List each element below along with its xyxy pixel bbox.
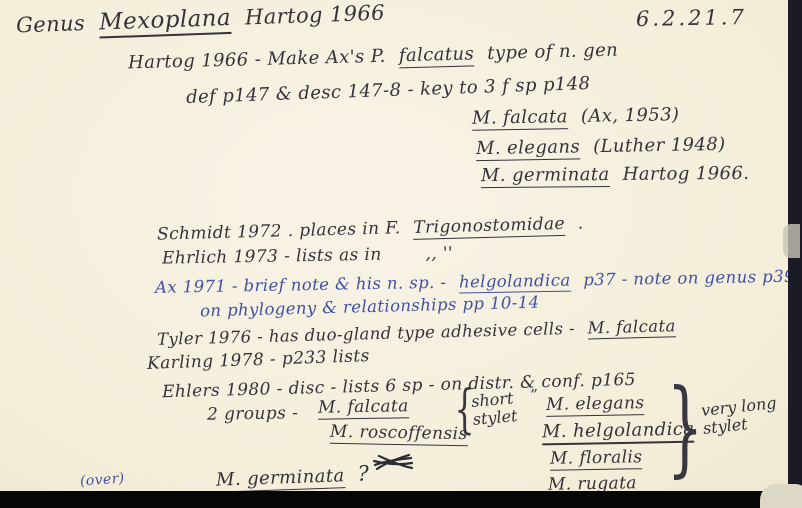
ditto-marks: ,, '' xyxy=(425,243,453,263)
group1-species: M. falcata xyxy=(318,396,409,418)
literature-entry-ax-continued: on phylogeny & relationships pp 10-14 xyxy=(200,293,540,321)
species-list-item: M. falcata (Ax, 1953) xyxy=(472,104,680,129)
literature-entry-ax: Ax 1971 - brief note & his n. sp. - helg… xyxy=(155,266,802,297)
species-list-item: M. germinata Hartog 1966. xyxy=(481,163,750,186)
species-name: M. germinata xyxy=(481,164,610,188)
species-authority: (Luther 1948) xyxy=(593,134,726,157)
species-name: helgolandica xyxy=(459,271,571,294)
genus-prefix: Genus xyxy=(16,11,86,37)
literature-entry-tyler: Tyler 1976 - has duo-gland type adhesive… xyxy=(157,316,676,349)
groups-label: 2 groups - xyxy=(207,403,299,425)
literature-entry-ehrlich: Ehrlich 1973 - lists as in ,, '' xyxy=(162,243,453,268)
group2-brace: } xyxy=(667,383,703,471)
species-name: M. falcata xyxy=(318,396,409,420)
species-name: M. floralis xyxy=(550,447,643,471)
group1-trait-label: short stylet xyxy=(470,389,518,430)
genus-authority: Hartog 1966 xyxy=(245,1,386,30)
type-note-post: type of n. gen xyxy=(487,40,618,64)
trait-word: stylet xyxy=(472,407,518,429)
query-note: M. germinata ? xyxy=(216,461,370,490)
genus-header: Genus Mexoplana Hartog 1966 xyxy=(16,0,386,38)
species-name: M. germinata xyxy=(216,465,345,492)
literature-entry-schmidt: Schmidt 1972 . places in F. Trigonostomi… xyxy=(157,213,584,244)
species-name: M. falcata xyxy=(587,316,676,339)
type-designation-note: Hartog 1966 - Make Ax's P. falcatus type… xyxy=(128,40,619,74)
type-pages-note: def p147 & desc 147-8 - key to 3 f sp p1… xyxy=(186,73,591,108)
ref-post: p37 - note on genus p39-40 xyxy=(583,266,802,289)
ref-text: Ax 1971 - brief note & his n. sp. - xyxy=(155,273,447,297)
species-list-item: M. elegans (Luther 1948) xyxy=(476,134,726,159)
group2-trait-label: very long stylet xyxy=(700,394,779,438)
scan-background-bottom xyxy=(0,491,802,508)
ditto-mark: ” xyxy=(530,386,538,404)
over-note: (over) xyxy=(79,470,125,489)
literature-entry-karling: Karling 1978 - p233 lists xyxy=(147,346,370,374)
family-name: Trigonostomidae xyxy=(413,214,565,240)
group1-species: M. roscoffensis xyxy=(330,422,468,444)
ref-text: Ehrlich 1973 - lists as in xyxy=(162,245,382,269)
species-name: M. roscoffensis xyxy=(330,422,468,446)
question-mark: ? xyxy=(357,461,370,485)
card-behind-corner xyxy=(760,484,802,508)
card-edge-highlight xyxy=(783,224,800,258)
species-name: M. elegans xyxy=(476,136,580,161)
ref-post: . xyxy=(578,213,584,233)
catalog-number: 6.2.21.7 xyxy=(636,5,747,31)
ref-text: Schmidt 1972 . places in F. xyxy=(157,218,401,244)
crossed-out-scribble xyxy=(372,452,414,476)
species-name: M. elegans xyxy=(546,393,645,417)
species-authority: Hartog 1966. xyxy=(623,163,750,185)
type-note-pre: Hartog 1966 - Make Ax's P. xyxy=(128,46,386,74)
group2-species: M. floralis xyxy=(550,447,643,469)
type-species-name: falcatus xyxy=(399,43,475,68)
species-name: M. falcata xyxy=(472,106,568,131)
genus-name: Mexoplana xyxy=(99,5,232,39)
ref-text: Tyler 1976 - has duo-gland type adhesive… xyxy=(157,319,575,349)
index-card: Genus Mexoplana Hartog 1966 6.2.21.7 Har… xyxy=(0,0,788,491)
scanned-index-card-page: Genus Mexoplana Hartog 1966 6.2.21.7 Har… xyxy=(0,0,802,508)
group2-species: M. elegans xyxy=(546,393,645,415)
species-authority: (Ax, 1953) xyxy=(581,104,680,127)
